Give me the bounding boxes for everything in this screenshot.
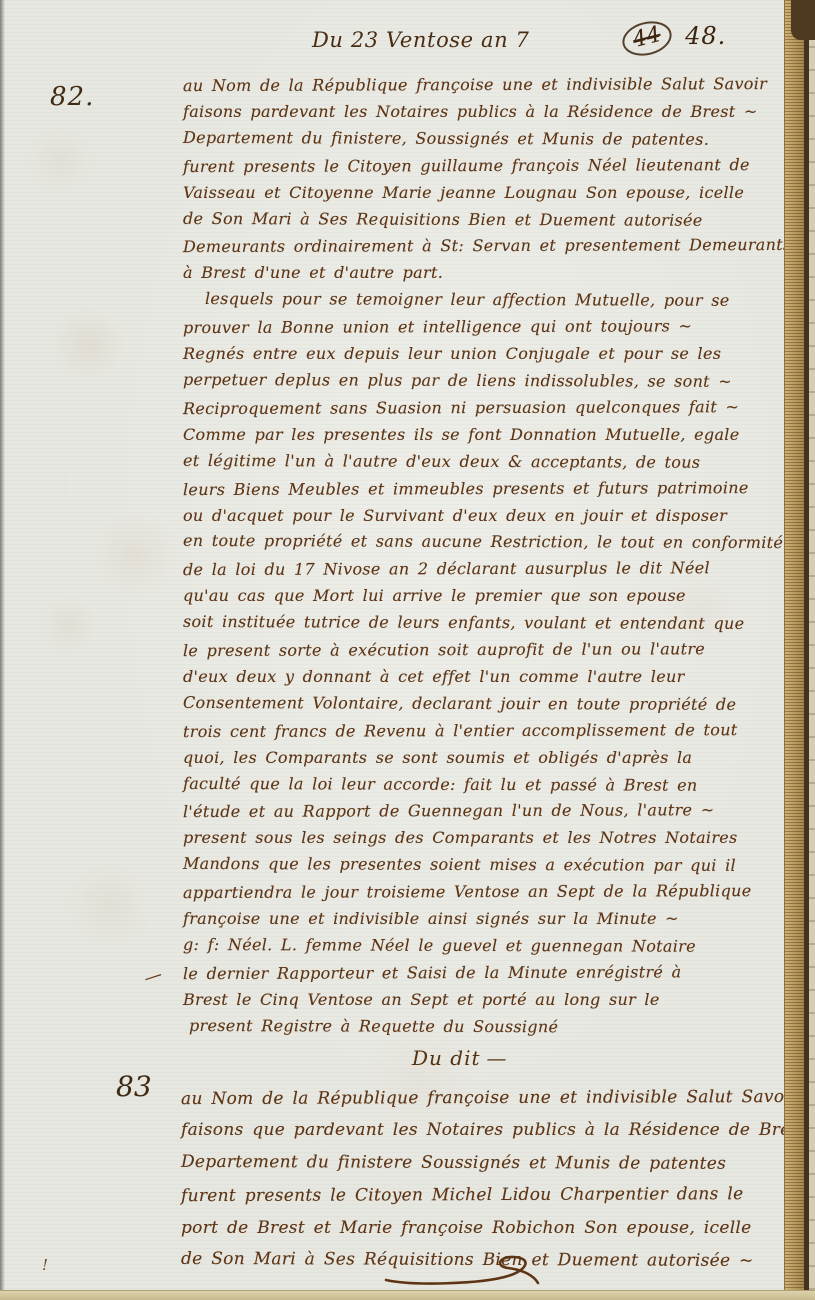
manuscript-line: ou d'acquet pour le Survivant d'eux deux… — [183, 503, 803, 530]
act-number-82: 82. — [50, 82, 94, 112]
manuscript-line: au Nom de la République françoise une et… — [181, 1081, 809, 1116]
manuscript-line: le dernier Rapporteur et Saisi de la Min… — [183, 959, 803, 988]
manuscript-line: Departement du finistere Soussignés et M… — [181, 1146, 809, 1181]
register-page-scan: Du 23 Ventose an 7 44 48. 82. au Nom de … — [0, 0, 815, 1300]
manuscript-line: Consentement Volontaire, declarant jouir… — [183, 690, 803, 719]
book-page-edges — [784, 0, 804, 1292]
manuscript-line: Regnés entre eux depuis leur union Conju… — [183, 341, 803, 368]
act-82-body: au Nom de la République françoise une et… — [183, 72, 803, 1041]
manuscript-line: en toute propriété et sans aucune Restri… — [183, 528, 803, 557]
manuscript-line: de la loi du 17 Nivose an 2 déclarant au… — [183, 555, 803, 584]
manuscript-line: furent presents le Citoyen guillaume fra… — [183, 152, 803, 181]
section-heading-label: Du dit — [412, 1046, 481, 1070]
manuscript-line: soit instituée tutrice de leurs enfants,… — [183, 609, 803, 638]
manuscript-line: de Son Mari à Ses Requisitions Bien et D… — [183, 205, 803, 234]
binding-corner — [791, 0, 815, 40]
manuscript-line: l'étude et au Rapport de Guennegan l'un … — [183, 797, 803, 826]
manuscript-line: port de Brest et Marie françoise Robicho… — [181, 1212, 809, 1244]
manuscript-line: lesquels pour se temoigner leur affectio… — [183, 286, 803, 315]
page-date-heading: Du 23 Ventose an 7 — [312, 28, 529, 52]
folio-number-current: 48. — [685, 22, 726, 50]
manuscript-line: au Nom de la République françoise une et… — [183, 71, 803, 100]
manuscript-line: quoi, les Comparants se sont soumis et o… — [183, 745, 803, 772]
scan-bottom-edge — [0, 1290, 815, 1300]
act-83-body: au Nom de la République françoise une et… — [181, 1082, 809, 1276]
stray-ink-mark: ! — [42, 1256, 48, 1274]
folio-numbers: 44 48. — [622, 22, 726, 55]
manuscript-line: present sous les seings des Comparants e… — [183, 825, 803, 852]
manuscript-line: à Brest d'une et d'autre part. — [183, 260, 803, 287]
section-heading-du-dit: Du dit— — [412, 1046, 508, 1070]
manuscript-line: trois cent francs de Revenu à l'entier a… — [183, 717, 803, 746]
manuscript-line: g: f: Néel. L. femme Néel le guevel et g… — [183, 932, 803, 961]
manuscript-line: Departement du finistere, Soussignés et … — [183, 125, 803, 154]
manuscript-line: perpetuer deplus en plus par de liens in… — [183, 367, 803, 396]
manuscript-line: qu'au cas que Mort lui arrive le premier… — [183, 583, 803, 610]
margin-insert-mark: — — [141, 964, 165, 990]
manuscript-line: prouver la Bonne union et intelligence q… — [183, 313, 803, 342]
act-number-83: 83 — [116, 1070, 152, 1103]
manuscript-line: Vaisseau et Citoyenne Marie jeanne Lougn… — [183, 180, 803, 207]
manuscript-line: Reciproquement sans Suasion ni persuasio… — [183, 394, 803, 423]
manuscript-line: le present sorte à exécution soit auprof… — [183, 636, 803, 665]
manuscript-line: Demeurants ordinairement à St: Servan et… — [183, 232, 803, 261]
manuscript-line: faisons pardevant les Notaires publics à… — [183, 99, 803, 126]
manuscript-line: et légitime l'un à l'autre d'eux deux & … — [183, 448, 803, 477]
manuscript-line: appartiendra le jour troisieme Ventose a… — [183, 878, 803, 907]
folio-number-crossed-out: 44 — [619, 16, 675, 60]
manuscript-line: d'eux deux y donnant à cet effet l'un co… — [183, 664, 803, 691]
manuscript-line: Brest le Cinq Ventose an Sept et porté a… — [183, 987, 803, 1014]
manuscript-line: faisons que pardevant les Notaires publi… — [181, 1114, 809, 1146]
section-heading-dash: — — [487, 1046, 508, 1070]
manuscript-line: furent presents le Citoyen Michel Lidou … — [181, 1178, 809, 1213]
manuscript-line: Comme par les presentes ils se font Donn… — [183, 422, 803, 449]
end-flourish-icon — [382, 1250, 542, 1292]
manuscript-line: françoise une et indivisible ainsi signé… — [183, 906, 803, 933]
manuscript-line: present Registre à Requette du Soussigné — [183, 1013, 803, 1042]
manuscript-line: leurs Biens Meubles et immeubles present… — [183, 475, 803, 504]
manuscript-line: faculté que la loi leur accorde: fait lu… — [183, 770, 803, 799]
scan-left-shadow — [0, 0, 5, 1300]
manuscript-line: Mandons que les presentes soient mises a… — [183, 851, 803, 880]
next-page-sliver — [809, 0, 815, 1292]
